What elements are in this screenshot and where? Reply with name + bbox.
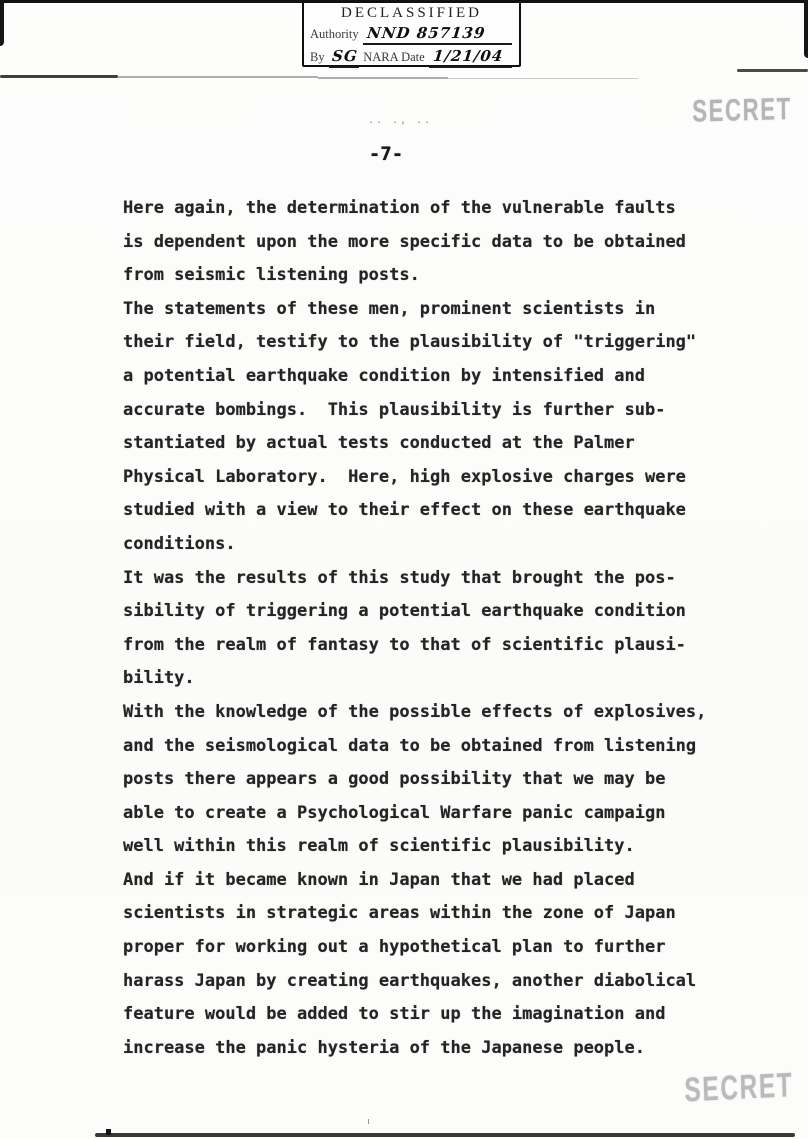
scan-seam <box>448 78 638 79</box>
scan-seam <box>118 76 318 78</box>
nara-date-label: NARA Date <box>363 50 424 65</box>
body-line: and the seismological data to be obtaine… <box>123 730 763 764</box>
body-line: from the realm of fantasy to that of sci… <box>123 629 763 663</box>
scan-speck <box>106 1129 111 1135</box>
declassified-title: DECLASSIFIED <box>310 5 513 22</box>
authority-label: Authority <box>310 27 359 42</box>
body-line: increase the panic hysteria of the Japan… <box>123 1032 763 1066</box>
secret-stamp-top: SECRET <box>692 92 792 130</box>
body-line: scientists in strategic areas within the… <box>123 897 763 931</box>
body-line: well within this realm of scientific pla… <box>123 830 763 864</box>
body-line: studied with a view to their effect on t… <box>123 494 763 528</box>
scan-seam <box>0 75 118 78</box>
body-line: And if it became known in Japan that we … <box>123 864 763 898</box>
document-body: Here again, the determination of the vul… <box>123 192 763 1065</box>
body-line: With the knowledge of the possible effec… <box>123 696 763 730</box>
by-handwritten-signature: SG <box>328 47 360 68</box>
body-line: a potential earthquake condition by inte… <box>123 360 763 394</box>
scan-edge-bottom <box>95 1133 795 1137</box>
body-line: feature would be added to stir up the im… <box>123 998 763 1032</box>
body-line: their field, testify to the plausibility… <box>123 326 763 360</box>
nara-date-row: By SG NARA Date 1/21/04 <box>310 47 513 68</box>
body-line: posts there appears a good possibility t… <box>123 763 763 797</box>
body-line: able to create a Psychological Warfare p… <box>123 797 763 831</box>
document-page: DECLASSIFIED Authority NND 857139 By SG … <box>0 0 808 1139</box>
page-number: -7- <box>356 143 416 165</box>
body-line: stantiated by actual tests conducted at … <box>123 427 763 461</box>
body-line: harass Japan by creating earthquakes, an… <box>123 965 763 999</box>
body-line: is dependent upon the more specific data… <box>123 226 763 260</box>
body-line: proper for working out a hypothetical pl… <box>123 931 763 965</box>
smudge-marks: .. ., .. <box>368 115 432 126</box>
authority-handwritten-value: NND 857139 <box>363 24 515 45</box>
body-line: accurate bombings. This plausibility is … <box>123 394 763 428</box>
body-line: from seismic listening posts. <box>123 259 763 293</box>
declassification-stamp: DECLASSIFIED Authority NND 857139 By SG … <box>302 1 521 67</box>
body-line: conditions. <box>123 528 763 562</box>
authority-row: Authority NND 857139 <box>310 24 513 45</box>
scan-corner-right <box>804 0 808 58</box>
scan-speck <box>368 1119 369 1124</box>
body-line: It was the results of this study that br… <box>123 562 763 596</box>
body-line: sibility of triggering a potential earth… <box>123 595 763 629</box>
scan-seam <box>318 77 448 79</box>
body-line: Here again, the determination of the vul… <box>123 192 763 226</box>
body-line: The statements of these men, prominent s… <box>123 293 763 327</box>
scan-corner-left <box>0 0 4 46</box>
body-line: Physical Laboratory. Here, high explosiv… <box>123 461 763 495</box>
body-line: bility. <box>123 662 763 696</box>
by-label: By <box>310 50 325 65</box>
scan-seam <box>737 69 808 72</box>
date-handwritten-value: 1/21/04 <box>429 47 515 68</box>
secret-stamp-bottom: SECRET <box>684 1067 794 1111</box>
